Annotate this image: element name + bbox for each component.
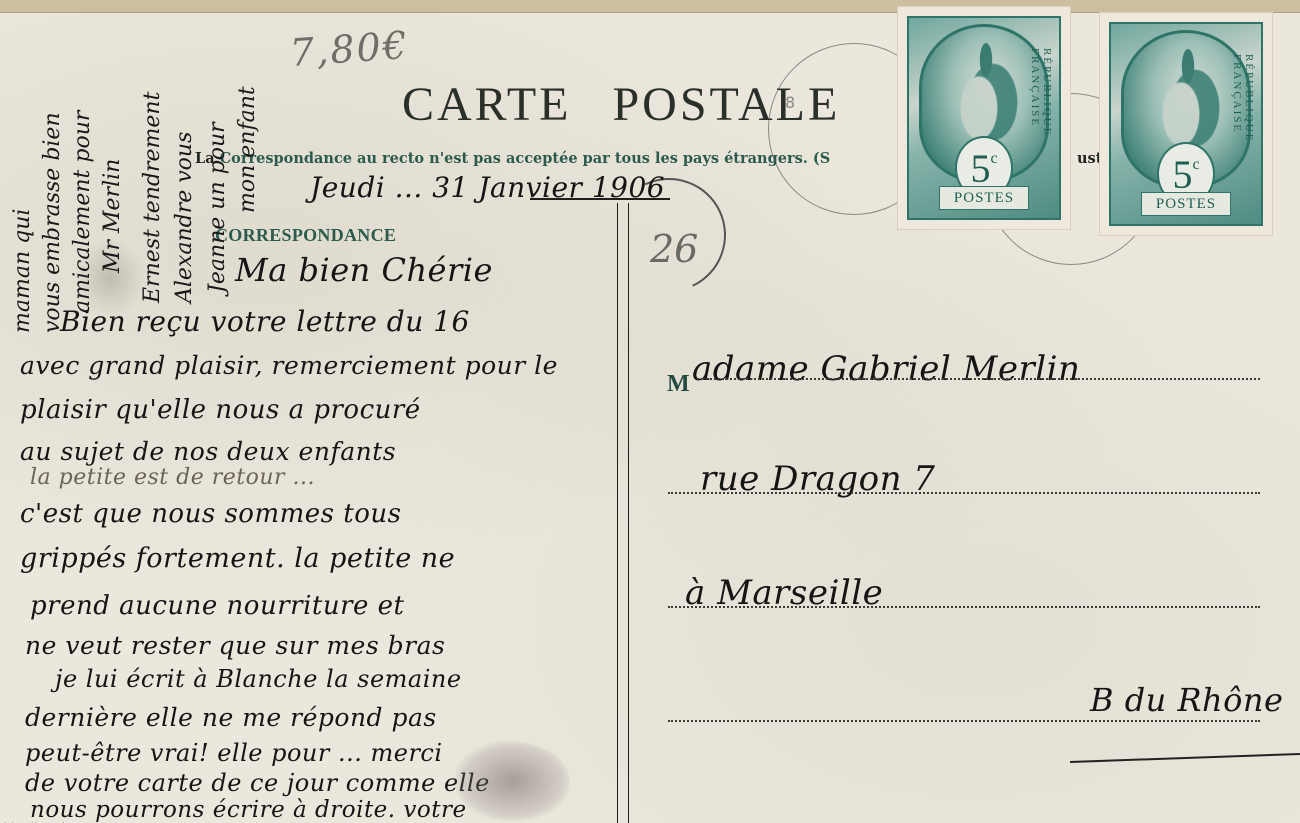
stamp-2: RÉPUBLIQUE FRANÇAISE 5c POSTES: [1100, 13, 1272, 235]
message-line: c'est que nous sommes tous: [20, 499, 401, 529]
margin-line: vous embrasse bien: [40, 112, 65, 333]
message-line: la petite est de retour ...: [30, 465, 315, 490]
stamp-1: RÉPUBLIQUE FRANÇAISE 5c POSTES: [898, 7, 1070, 229]
message-line: dernière elle ne me répond pas: [25, 703, 437, 732]
stamp-label: POSTES: [939, 186, 1029, 210]
address-line-4: B du Rhône: [1090, 681, 1283, 719]
stamp-frame: RÉPUBLIQUE FRANÇAISE 5c POSTES: [1109, 22, 1263, 226]
stain: [455, 741, 570, 821]
center-divider: [617, 203, 629, 823]
address-prefix: M: [667, 371, 690, 398]
address-rule-1: [697, 378, 1260, 380]
margin-line: Mr Merlin: [100, 159, 125, 273]
message-line: ne veut rester que sur mes bras: [25, 631, 445, 660]
margin-line: maman qui: [10, 209, 35, 333]
printed-notice: La Correspondance au recto n'est pas acc…: [195, 150, 830, 167]
message-line: peut-être vrai! elle pour ... merci: [25, 739, 443, 767]
address-rule-3: [668, 606, 1260, 608]
message-line: de votre carte de ce jour comme elle: [25, 769, 490, 797]
margin-line: mon enfant: [235, 86, 260, 213]
underline-stroke: [1070, 753, 1300, 763]
message-line: avec grand plaisir, remerciement pour le: [20, 351, 558, 380]
address-line-1: adame Gabriel Merlin: [692, 349, 1080, 389]
margin-line: Jeanne un pour: [205, 122, 230, 293]
margin-line: amicalement pour: [70, 111, 95, 313]
stamp-frame: RÉPUBLIQUE FRANÇAISE 5c POSTES: [907, 16, 1061, 220]
message-line: Bien reçu votre lettre du 16: [60, 305, 470, 338]
card-top-edge: [0, 0, 1300, 12]
address-rule-4: [668, 720, 1260, 722]
message-line: au sujet de nos deux enfants: [20, 437, 396, 466]
margin-line: Alexandre vous: [172, 132, 197, 303]
notice-main: Correspondance au recto n'est pas accept…: [220, 150, 831, 167]
date-line: Jeudi ... 31 Janvier 1906: [310, 171, 665, 204]
greeting: Ma bien Chérie: [235, 251, 493, 289]
address-rule-2: [668, 492, 1260, 494]
message-line: prend aucune nourriture et: [30, 591, 405, 621]
correspondence-label: CORRESPONDANCE: [215, 225, 396, 246]
postcard: 7,80€ CARTE POSTALE La Correspondance au…: [0, 12, 1300, 823]
message-line: je lui écrit à Blanche la semaine: [55, 665, 462, 693]
message-line: grippés fortement. la petite ne: [20, 543, 455, 574]
postmark-text: 8: [785, 93, 795, 112]
stamp-country: RÉPUBLIQUE FRANÇAISE: [1231, 54, 1255, 224]
margin-line: Ernest tendrement: [140, 92, 165, 303]
stamp-country: RÉPUBLIQUE FRANÇAISE: [1029, 48, 1053, 218]
message-line: plaisir qu'elle nous a procuré: [20, 395, 421, 425]
stamp-label: POSTES: [1141, 192, 1231, 216]
price-note: 7,80€: [289, 23, 411, 75]
message-line: nous pourrons écrire à droite. votre: [30, 797, 467, 823]
reference-number: 26: [650, 227, 698, 271]
